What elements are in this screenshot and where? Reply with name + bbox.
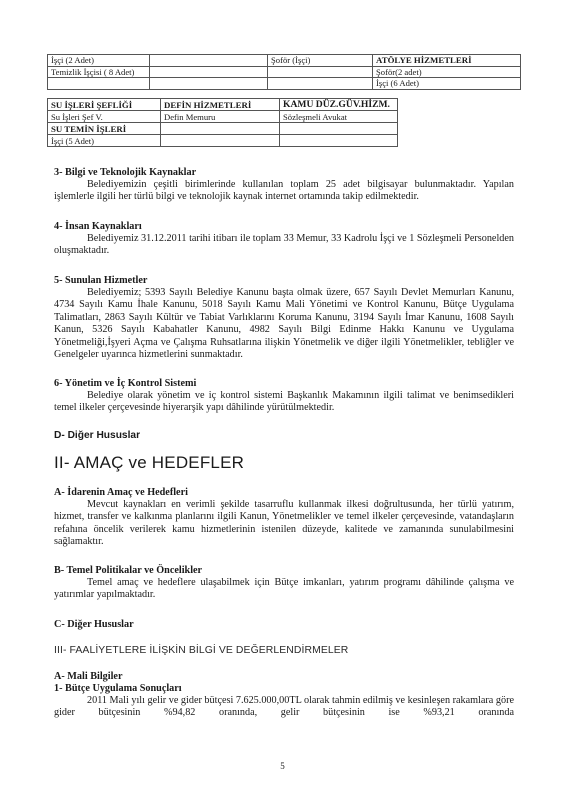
section-body: Belediyemiz; 5393 Sayılı Belediye Kanunu… <box>54 287 514 361</box>
section-yonetim-kontrol: 6- Yönetim ve İç Kontrol Sistemi Belediy… <box>54 378 514 415</box>
table-cell: İşçi (2 Adet) <box>48 55 150 67</box>
section-diger-hususlar-d: D- Diğer Hususlar <box>54 430 514 441</box>
table-row: İşçi (2 Adet)Şoför (İşçi)ATÖLYE HİZMETLE… <box>48 55 521 67</box>
section-butce-sonuclari: 1- Bütçe Uygulama Sonuçları 2011 Mali yı… <box>54 683 514 720</box>
section-insan-kaynaklari: 4- İnsan Kaynakları Belediyemiz 31.12.20… <box>54 221 514 258</box>
table-row: İşçi (6 Adet) <box>48 78 521 90</box>
table-row: SU TEMİN İŞLERİ <box>48 123 398 135</box>
staff-table-2: SU İŞLERİ ŞEFLİĞİDEFİN HİZMETLERİKAMU DÜ… <box>47 98 398 147</box>
section-heading: A- İdarenin Amaç ve Hedefleri <box>54 487 514 499</box>
section-heading: 6- Yönetim ve İç Kontrol Sistemi <box>54 378 514 390</box>
document-page: İşçi (2 Adet)Şoför (İşçi)ATÖLYE HİZMETLE… <box>0 0 565 800</box>
table-cell <box>48 78 150 90</box>
table-cell <box>280 135 398 147</box>
table-cell: Şoför (İşçi) <box>268 55 373 67</box>
section-body: Belediyemiz 31.12.2011 tarihi itibarı il… <box>54 233 514 258</box>
table-cell: Sözleşmeli Avukat <box>280 111 398 123</box>
chapter-title-amac-hedefler: II- AMAÇ ve HEDEFLER <box>54 453 514 473</box>
table-cell: Defin Memuru <box>161 111 280 123</box>
table-header-cell: DEFİN HİZMETLERİ <box>161 99 280 111</box>
table-row: Temizlik İşçisi ( 8 Adet)Şoför(2 adet) <box>48 66 521 78</box>
table-cell <box>268 66 373 78</box>
table-cell: İşçi (6 Adet) <box>373 78 521 90</box>
section-idare-amac: A- İdarenin Amaç ve Hedefleri Mevcut kay… <box>54 487 514 549</box>
chapter-title-faaliyetler: III- FAALİYETLERE İLİŞKİN BİLGİ VE DEĞER… <box>54 645 514 656</box>
staff-table-1: İşçi (2 Adet)Şoför (İşçi)ATÖLYE HİZMETLE… <box>47 54 521 90</box>
table-cell <box>161 123 280 135</box>
table-cell: Temizlik İşçisi ( 8 Adet) <box>48 66 150 78</box>
section-bilgi-teknoloji: 3- Bilgi ve Teknolojik Kaynaklar Belediy… <box>54 167 514 204</box>
table-row: Su İşleri Şef V.Defin MemuruSözleşmeli A… <box>48 111 398 123</box>
section-heading: D- Diğer Hususlar <box>54 430 514 441</box>
section-body: Belediyemizin çeşitli birimlerinde kulla… <box>54 179 514 204</box>
section-heading: B- Temel Politikalar ve Öncelikler <box>54 565 514 577</box>
table-cell <box>150 78 268 90</box>
section-mali-bilgiler: A- Mali Bilgiler <box>54 671 514 683</box>
table-header-cell: KAMU DÜZ.GÜV.HİZM. <box>280 99 398 111</box>
section-diger-hususlar-c: C- Diğer Hususlar <box>54 619 514 631</box>
table-cell: İşçi (5 Adet) <box>48 135 161 147</box>
section-sunulan-hizmetler: 5- Sunulan Hizmetler Belediyemiz; 5393 S… <box>54 275 514 361</box>
table-row: İşçi (5 Adet) <box>48 135 398 147</box>
table-cell <box>268 78 373 90</box>
table-cell: Su İşleri Şef V. <box>48 111 161 123</box>
table-row: SU İŞLERİ ŞEFLİĞİDEFİN HİZMETLERİKAMU DÜ… <box>48 99 398 111</box>
table-cell <box>150 55 268 67</box>
table-cell <box>161 135 280 147</box>
section-body: Mevcut kaynakları en verimli şekilde tas… <box>54 499 514 549</box>
section-heading: 3- Bilgi ve Teknolojik Kaynaklar <box>54 167 514 179</box>
table-header-cell: SU İŞLERİ ŞEFLİĞİ <box>48 99 161 111</box>
section-temel-politikalar: B- Temel Politikalar ve Öncelikler Temel… <box>54 565 514 602</box>
page-number: 5 <box>0 761 565 771</box>
chapter-heading: III- FAALİYETLERE İLİŞKİN BİLGİ VE DEĞER… <box>54 645 514 656</box>
table-header-cell: ATÖLYE HİZMETLERİ <box>373 55 521 67</box>
table-cell: Şoför(2 adet) <box>373 66 521 78</box>
table-cell <box>150 66 268 78</box>
section-body: 2011 Mali yılı gelir ve gider bütçesi 7.… <box>54 695 514 720</box>
section-heading: 1- Bütçe Uygulama Sonuçları <box>54 683 514 695</box>
section-heading: 5- Sunulan Hizmetler <box>54 275 514 287</box>
chapter-heading: II- AMAÇ ve HEDEFLER <box>54 453 514 473</box>
section-body: Temel amaç ve hedeflere ulaşabilmek için… <box>54 577 514 602</box>
table-header-cell: SU TEMİN İŞLERİ <box>48 123 161 135</box>
section-heading: 4- İnsan Kaynakları <box>54 221 514 233</box>
section-body: Belediye olarak yönetim ve iç kontrol si… <box>54 390 514 415</box>
section-heading: C- Diğer Hususlar <box>54 619 514 631</box>
section-heading: A- Mali Bilgiler <box>54 671 514 683</box>
table-cell <box>280 123 398 135</box>
